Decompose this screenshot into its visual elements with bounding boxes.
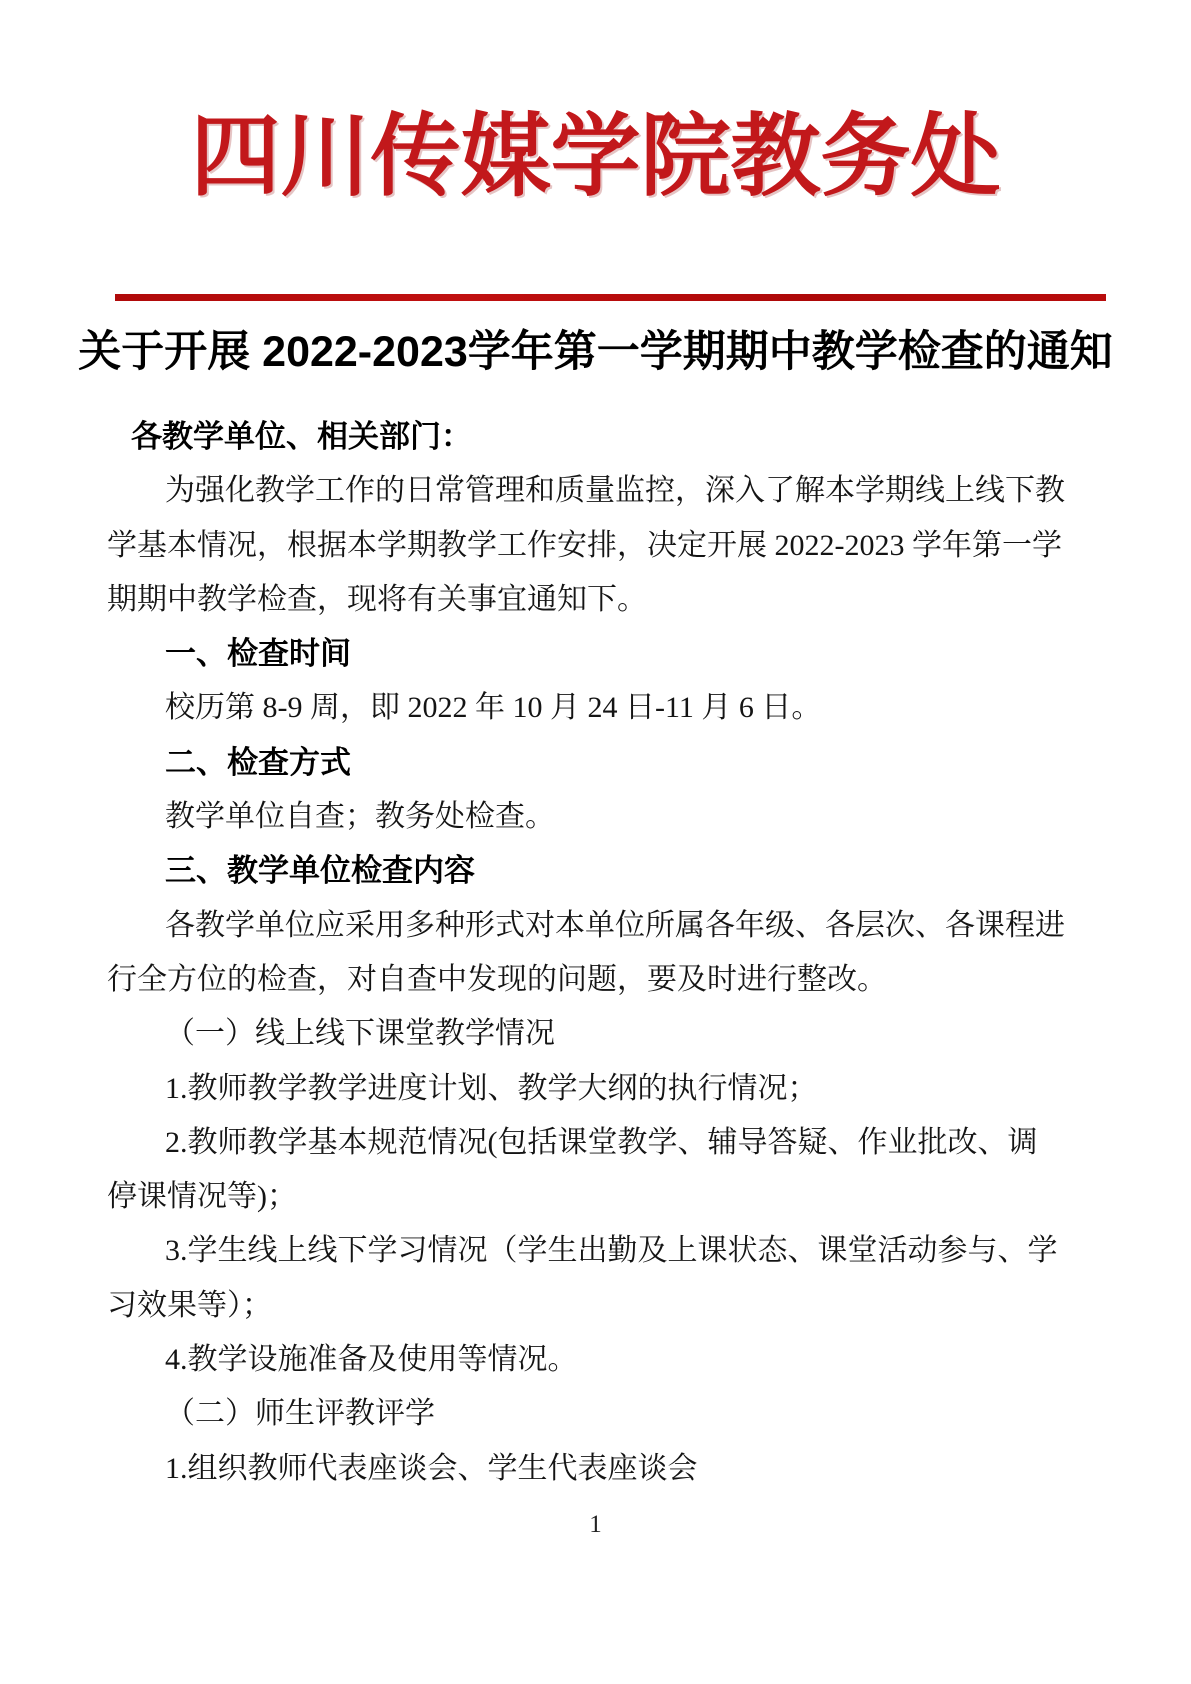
paragraph-line: 各教学单位应采用多种形式对本单位所属各年级、各层次、各课程进 bbox=[107, 899, 1042, 953]
list-item: 2.教师教学基本规范情况(包括课堂教学、辅导答疑、作业批改、调 bbox=[107, 1116, 1042, 1170]
letterhead-title: 四川传媒学院教务处 bbox=[0, 100, 1191, 215]
list-item: 3.学生线上线下学习情况（学生出勤及上课状态、课堂活动参与、学 bbox=[107, 1224, 1042, 1278]
section-heading: 三、教学单位检查内容 bbox=[107, 844, 1042, 898]
document-title: 关于开展 2022-2023学年第一学期期中教学检查的通知 bbox=[0, 322, 1191, 382]
document-page: 四川传媒学院教务处 关于开展 2022-2023学年第一学期期中教学检查的通知 … bbox=[0, 0, 1191, 1684]
page-number: 1 bbox=[0, 1505, 1191, 1545]
list-item: 1.教师教学教学进度计划、教学大纲的执行情况； bbox=[107, 1062, 1042, 1116]
list-item-continuation: 停课情况等)； bbox=[107, 1170, 1042, 1224]
paragraph-line: 期期中教学检查，现将有关事宜通知下。 bbox=[107, 573, 1042, 627]
salutation: 各教学单位、相关部门： bbox=[107, 410, 1042, 464]
subsection-heading: （一）线上线下课堂教学情况 bbox=[107, 1007, 1042, 1061]
paragraph-line: 校历第 8-9 周，即 2022 年 10 月 24 日-11 月 6 日。 bbox=[107, 681, 1042, 735]
paragraph-line: 学基本情况，根据本学期教学工作安排，决定开展 2022-2023 学年第一学 bbox=[107, 519, 1042, 573]
list-item: 4.教学设施准备及使用等情况。 bbox=[107, 1333, 1042, 1387]
list-item: 1.组织教师代表座谈会、学生代表座谈会 bbox=[107, 1442, 1042, 1496]
paragraph-line: 教学单位自查；教务处检查。 bbox=[107, 790, 1042, 844]
document-body: 各教学单位、相关部门： 为强化教学工作的日常管理和质量监控，深入了解本学期线上线… bbox=[107, 410, 1042, 1496]
list-item-continuation: 习效果等）； bbox=[107, 1279, 1042, 1333]
section-heading: 二、检查方式 bbox=[107, 736, 1042, 790]
section-heading: 一、检查时间 bbox=[107, 627, 1042, 681]
red-divider-line bbox=[115, 294, 1106, 301]
paragraph-line: 行全方位的检查，对自查中发现的问题，要及时进行整改。 bbox=[107, 953, 1042, 1007]
paragraph-line: 为强化教学工作的日常管理和质量监控，深入了解本学期线上线下教 bbox=[107, 464, 1042, 518]
subsection-heading: （二）师生评教评学 bbox=[107, 1387, 1042, 1441]
